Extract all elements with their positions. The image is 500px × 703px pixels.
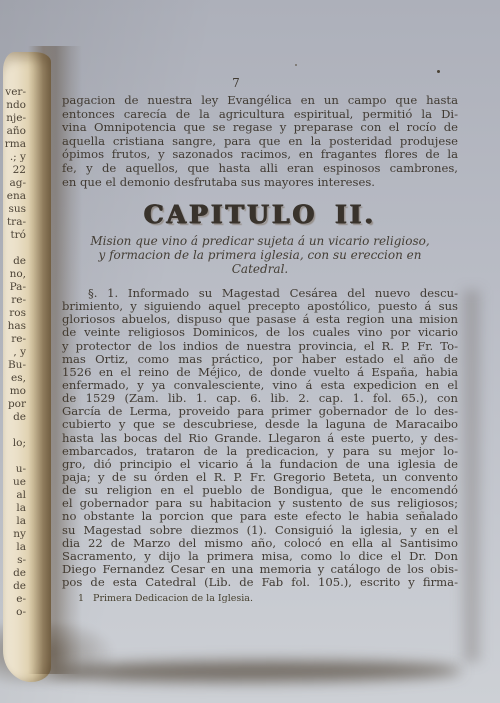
text-line: gro, dió principio el vicario á la funda… (62, 458, 458, 471)
text-line: su Magestad sobre diezmos (1). Consiguió… (62, 524, 458, 537)
chapter-subtitle: Mision que vino á predicar sujeta á un v… (62, 235, 458, 277)
fragment-line: tró (0, 229, 26, 242)
section-1-paragraph: §. 1. Informado su Magestad Cesárea del … (62, 287, 458, 589)
text-line: hasta las bocas del Rio Grande. Llegaron… (62, 432, 458, 445)
fragment-line: s- (0, 554, 26, 567)
text-line: de su religion en el pueblo de Bondigua,… (62, 484, 458, 497)
fragment-line: de (0, 411, 26, 424)
subtitle-line: Catedral. (62, 263, 458, 277)
fragment-line: es, (0, 372, 26, 385)
footnote-text: Primera Dedicacion de la Iglesia. (93, 593, 253, 604)
text-line: Diego Fernandez Cesar en una memoria y c… (62, 563, 458, 576)
fragment-line: ver- (0, 86, 26, 99)
fragment-line: ue (0, 476, 26, 489)
facing-page-text-fragments: ver-ndonje-añorma.; y22ag-enasustra-tród… (0, 86, 26, 619)
fragment-line: ny (0, 528, 26, 541)
subtitle-line: y formacion de la primera iglesia, con s… (62, 249, 458, 263)
fragment-line: año (0, 125, 26, 138)
subtitle-line: Mision que vino á predicar sujeta á un v… (62, 235, 458, 249)
fragment-line: ndo (0, 99, 26, 112)
fragment-line: ena (0, 190, 26, 203)
photo-background: 7 pagacion de nuestra ley Evangélica en … (0, 0, 500, 703)
text-line: brimiento, y siguiendo aquel precepto ap… (62, 300, 458, 313)
fragment-line (0, 242, 26, 255)
text-line: mas Ortiz, como mas práctico, por haber … (62, 353, 458, 366)
paper-speck (295, 64, 297, 66)
text-line: de 1529 (Zam. lib. 1. cap. 6. lib. 2. ca… (62, 392, 458, 405)
fragment-line: de (0, 580, 26, 593)
text-line: §. 1. Informado su Magestad Cesárea del … (62, 287, 458, 300)
text-line: vina Omnipotencia que se regase y prepar… (62, 121, 458, 135)
fragment-line: la (0, 502, 26, 515)
page-number: 7 (34, 76, 438, 90)
text-line: 1526 en el reino de Méjico, de donde vue… (62, 366, 458, 379)
text-line: de veinte religiosos Dominicos, de los c… (62, 326, 458, 339)
book-page: 7 pagacion de nuestra ley Evangélica en … (34, 44, 470, 676)
fragment-line: la (0, 541, 26, 554)
fragment-line: o- (0, 606, 26, 619)
fragment-line: de (0, 567, 26, 580)
text-line: paja; y de su órden el R. P. Fr. Gregori… (62, 471, 458, 484)
fragment-line: la (0, 515, 26, 528)
text-line: enfermado, y ya convalesciente, vino á e… (62, 379, 458, 392)
fragment-line: 22 (0, 164, 26, 177)
text-line: en que el demonio desfrutaba sus mayores… (62, 176, 458, 190)
fragment-line: Pa- (0, 281, 26, 294)
fragment-line: rma (0, 138, 26, 151)
text-line: dia 22 de Marzo del mismo año, colocó en… (62, 537, 458, 550)
text-line: fe, y de aquellos, que hasta alli eran e… (62, 162, 458, 176)
fragment-line: por (0, 398, 26, 411)
fragment-line: , y (0, 346, 26, 359)
text-line: pos de esta Catedral (Lib. de Fab fol. 1… (62, 576, 458, 589)
paper-speck (437, 70, 440, 73)
text-line: y protector de los indios de nuestra pro… (62, 340, 458, 353)
text-line: entonces carecía de la agricultura espir… (62, 108, 458, 122)
fragment-line: lo; (0, 437, 26, 450)
text-line: embarcados, trataron de la predicacion, … (62, 445, 458, 458)
text-line: no obstante la porcion que para este efe… (62, 510, 458, 523)
chapter-heading: CAPITULO II. (62, 200, 458, 229)
fragment-line: ag- (0, 177, 26, 190)
text-line: pagacion de nuestra ley Evangélica en un… (62, 94, 458, 108)
fragment-line: al (0, 489, 26, 502)
text-line: aquella cristiana sangre, para que en la… (62, 135, 458, 149)
fragment-line: re- (0, 333, 26, 346)
text-line: ópimos frutos, y sazonados racimos, en f… (62, 148, 458, 162)
fragment-line: has (0, 320, 26, 333)
fragment-line: ros (0, 307, 26, 320)
footnote: 1Primera Dedicacion de la Iglesia. (78, 593, 418, 604)
fragment-line: re- (0, 294, 26, 307)
text-line: gloriosos abuelos, dispuso que pasase á … (62, 313, 458, 326)
fragment-line: Bu- (0, 359, 26, 372)
footnote-marker: 1 (78, 593, 84, 604)
fragment-line: u- (0, 463, 26, 476)
fragment-line: .; y (0, 151, 26, 164)
fragment-line (0, 424, 26, 437)
fragment-line: mo (0, 385, 26, 398)
fragment-line: tra- (0, 216, 26, 229)
fragment-line: e- (0, 593, 26, 606)
fragment-line (0, 450, 26, 463)
text-line: el gobernador para su habitacion y suste… (62, 497, 458, 510)
fragment-line: de (0, 255, 26, 268)
text-line: García de Lerma, proveido para primer go… (62, 405, 458, 418)
text-line: Sacramento, y dijo la primera misa, como… (62, 550, 458, 563)
text-line: cubierto y que se descubriese, desde la … (62, 418, 458, 431)
paragraph-continuation: pagacion de nuestra ley Evangélica en un… (62, 94, 458, 189)
fragment-line: no, (0, 268, 26, 281)
fragment-line: sus (0, 203, 26, 216)
fragment-line: nje- (0, 112, 26, 125)
